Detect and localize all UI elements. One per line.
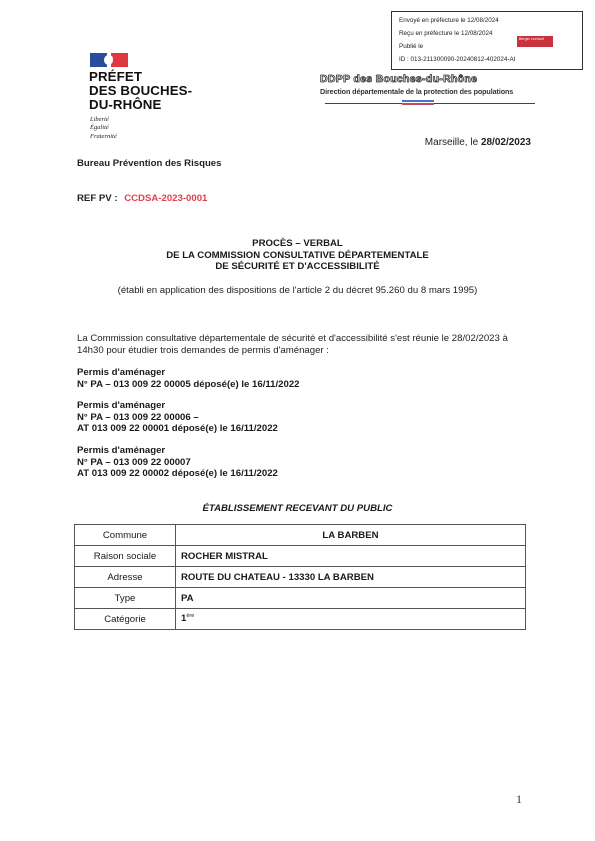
table-row: Catégorie 1ère [75,609,526,630]
stamp-published: Publié le [399,43,423,50]
table-row: Raison sociale ROCHER MISTRAL [75,546,526,567]
ref-pv: REF PV : CCDSA-2023-0001 [77,193,207,204]
header-rule-blue [402,100,434,102]
erp-table: Commune LA BARBEN Raison sociale ROCHER … [74,524,526,630]
table-row: Adresse ROUTE DU CHATEAU - 13330 LA BARB… [75,567,526,588]
bureau-name: Bureau Prévention des Risques [77,158,221,169]
document-title: PROCÈS – VERBAL DE LA COMMISSION CONSULT… [0,238,595,273]
document-date: Marseille, le 28/02/2023 [425,137,531,148]
category-cell: 1ère [176,609,526,630]
berger-levrault-logo: Berger Levrault [517,36,553,47]
page-number: 1 [516,792,522,807]
prefecture-stamp: Envoyé en préfecture le 12/08/2024 Reçu … [391,11,583,70]
service-name: DDPP des Bouches-du-Rhône [320,73,477,85]
ref-label: REF PV : [77,193,118,204]
republic-motto: Liberté Égalité Fraternité [90,116,117,141]
stamp-sent: Envoyé en préfecture le 12/08/2024 [399,17,499,24]
stamp-id: ID : 013-211300090-20240812-402024-AI [399,56,515,63]
ref-code: CCDSA-2023-0001 [124,193,207,204]
table-row: Commune LA BARBEN [75,525,526,546]
service-full-name: Direction départementale de la protectio… [320,87,513,96]
stamp-received: Reçu en préfecture le 12/08/2024 [399,30,492,37]
marianne-flag-icon [90,53,128,67]
permit-2: Permis d'aménager N° PA – 013 009 22 000… [77,400,278,435]
erp-title: ÉTABLISSEMENT RECEVANT DU PUBLIC [0,503,595,514]
prefecture-name: PRÉFET DES BOUCHES- DU-RHÔNE [89,70,192,113]
permit-3: Permis d'aménager N° PA – 013 009 22 000… [77,445,278,480]
document-subtitle: (établi en application des dispositions … [0,285,595,296]
permit-1: Permis d'aménager N° PA – 013 009 22 000… [77,367,300,390]
intro-paragraph: La Commission consultative départemental… [77,333,533,357]
header-rule-red [402,103,434,105]
table-row: Type PA [75,588,526,609]
